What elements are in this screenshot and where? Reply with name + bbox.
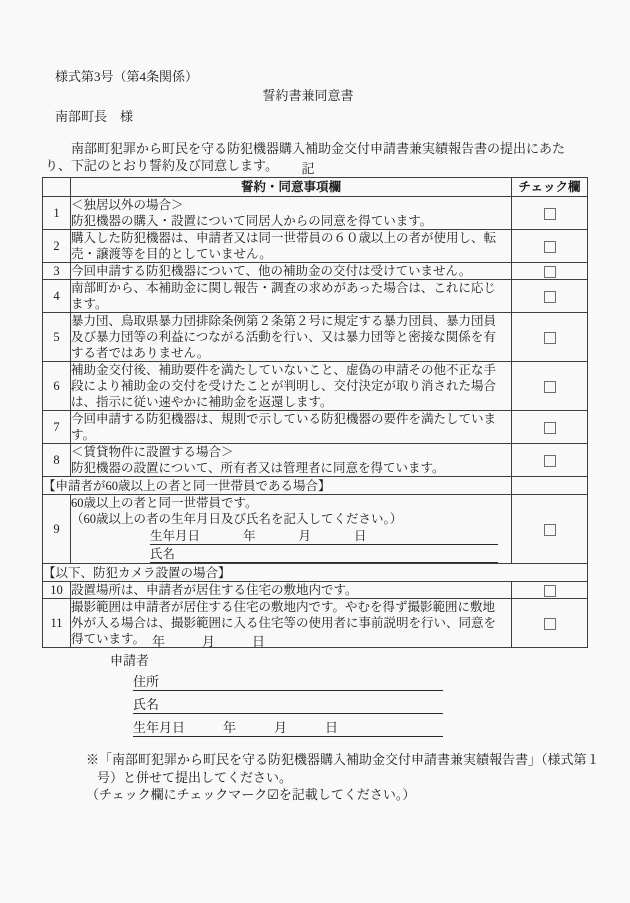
checkbox-unchecked [544,618,556,630]
checkbox-unchecked [544,291,556,303]
section-row: 【以下、防犯カメラ設置の場合】 [43,564,588,582]
field-label: 生年月日 [150,528,200,544]
signature-field-住所: 住所 [133,672,443,691]
pledge-item-text: 購入した防犯機器は、申請者又は同一世帯員の６０歳以上の者が使用し、転 売・譲渡等… [71,230,511,262]
applicant-label: 申請者 [110,652,149,669]
pledge-item-text-cell: 暴力団、鳥取県暴力団排除条例第２条第２号に規定する暴力団員、暴力団員 及び暴力団… [71,313,512,362]
pledge-item-text: 今回申請する防犯機器について、他の補助金の交付は受けていません。 [71,263,511,279]
record-mark: 記 [0,160,616,177]
field-label: 住所 [133,673,159,690]
table-row: 2購入した防犯機器は、申請者又は同一世帯員の６０歳以上の者が使用し、転 売・譲渡… [43,230,588,263]
inline-field-氏名: 氏名 [150,545,498,563]
pledge-item-text: 撮影範囲は申請者が居住する住宅の敷地内です。やむを得ず撮影範囲に敷地 外が入る場… [71,599,511,647]
pledge-item-text-cell: 撮影範囲は申請者が居住する住宅の敷地内です。やむを得ず撮影範囲に敷地 外が入る場… [71,599,512,648]
checkbox-unchecked [544,524,556,536]
footnote-line: ※「南部町犯罪から町民を守る防犯機器購入補助金交付申請書兼実績報告書」（様式第１ [86,751,596,769]
table-row: 6補助金交付後、補助要件を満たしていないこと、虚偽の申請その他不正な手 段により… [43,362,588,411]
table-row: 10設置場所は、申請者が居住する住宅の敷地内です。 [43,582,588,599]
pledge-item-text: ＜独居以外の場合＞ 防犯機器の購入・設置について同居人からの同意を得ています。 [71,197,511,229]
items-column-header: 誓約・同意事項欄 [71,178,512,197]
pledge-item-text-cell: ＜賃貸物件に設置する場合＞ 防犯機器の設置について、所有者又は管理者に同意を得て… [71,444,512,477]
field-unit-label: 年 [243,528,256,544]
pledge-table-body: 1＜独居以外の場合＞ 防犯機器の購入・設置について同居人からの同意を得ています。… [43,197,588,648]
check-cell [512,362,588,411]
field-label: 氏名 [133,696,159,713]
table-header-row: 誓約・同意事項欄 チェック欄 [43,178,588,197]
section-row: 【申請者が60歳以上の者と同一世帯員である場合】 [43,477,588,495]
row-number: 1 [43,197,71,230]
table-row: 7今回申請する防犯機器は、規則で示している防犯機器の要件を満たしていま す。 [43,411,588,444]
table-row: 8＜賃貸物件に設置する場合＞ 防犯機器の設置について、所有者又は管理者に同意を得… [43,444,588,477]
row-number: 7 [43,411,71,444]
check-column-header: チェック欄 [512,178,588,197]
row-number: 4 [43,280,71,313]
pledge-item-text-cell: ＜独居以外の場合＞ 防犯機器の購入・設置について同居人からの同意を得ています。 [71,197,512,230]
field-unit-label: 日 [354,528,367,544]
table-row: 4南部町から、本補助金に関し報告・調査の求めがあった場合は、これに応じ ます。 [43,280,588,313]
pledge-item-text: 南部町から、本補助金に関し報告・調査の求めがあった場合は、これに応じ ます。 [71,280,511,312]
checkbox-unchecked [544,381,556,393]
table-row: 3今回申請する防犯機器について、他の補助金の交付は受けていません。 [43,263,588,280]
document-page: 様式第3号（第4条関係） 誓約書兼同意書 南部町長 様 南部町犯罪から町民を守る… [0,0,630,903]
pledge-item-text: 今回申請する防犯機器は、規則で示している防犯機器の要件を満たしていま す。 [71,411,511,443]
check-cell [512,411,588,444]
row-number: 5 [43,313,71,362]
pledge-item-text: 補助金交付後、補助要件を満たしていないこと、虚偽の申請その他不正な手 段により補… [71,362,511,410]
section-check-cell [512,477,588,495]
section-label: 【申請者が60歳以上の者と同一世帯員である場合】 [43,477,512,495]
checkbox-unchecked [544,332,556,344]
pledge-item-text: 暴力団、鳥取県暴力団排除条例第２条第２号に規定する暴力団員、暴力団員 及び暴力団… [71,313,511,361]
row-number: 3 [43,263,71,280]
checkbox-unchecked [544,422,556,434]
table-row: 11撮影範囲は申請者が居住する住宅の敷地内です。やむを得ず撮影範囲に敷地 外が入… [43,599,588,648]
check-cell [512,444,588,477]
check-cell [512,313,588,362]
row-number: 10 [43,582,71,599]
signature-field-氏名: 氏名 [133,695,443,714]
check-cell [512,263,588,280]
checkbox-unchecked [544,266,556,278]
section-label: 【以下、防犯カメラ設置の場合】 [43,564,588,582]
pledge-item-text: ＜賃貸物件に設置する場合＞ 防犯機器の設置について、所有者又は管理者に同意を得て… [71,444,511,476]
field-unit-label: 月 [299,528,312,544]
check-cell [512,230,588,263]
check-cell [512,495,588,564]
checkbox-unchecked [544,585,556,597]
number-column-header [43,178,71,197]
pledge-item-text-cell: 補助金交付後、補助要件を満たしていないこと、虚偽の申請その他不正な手 段により補… [71,362,512,411]
checkbox-unchecked [544,241,556,253]
row-number: 2 [43,230,71,263]
pledge-item-text-cell: 今回申請する防犯機器について、他の補助金の交付は受けていません。 [71,263,512,280]
table-row: 5暴力団、鳥取県暴力団排除条例第２条第２号に規定する暴力団員、暴力団員 及び暴力… [43,313,588,362]
row-number: 11 [43,599,71,648]
pledge-item-text-cell: 今回申請する防犯機器は、規則で示している防犯機器の要件を満たしていま す。 [71,411,512,444]
pledge-item-text: 設置場所は、申請者が居住する住宅の敷地内です。 [71,582,511,598]
pledge-item-text-cell: 設置場所は、申請者が居住する住宅の敷地内です。 [71,582,512,599]
field-label: 氏名 [150,546,175,562]
footnote-line: 号）と併せて提出してください。 [86,769,596,787]
form-number: 様式第3号（第4条関係） [55,68,198,85]
check-cell [512,197,588,230]
pledge-item-text-cell: 購入した防犯機器は、申請者又は同一世帯員の６０歳以上の者が使用し、転 売・譲渡等… [71,230,512,263]
footnote-line: （チェック欄にチェックマーク☑を記載してください。） [86,786,596,804]
check-cell [512,582,588,599]
signature-date-line: 年月日 [152,633,265,650]
checkbox-unchecked [544,208,556,220]
pledge-item-text: 60歳以上の者と同一世帯員です。 （60歳以上の者の生年月日及び氏名を記入してく… [71,495,511,527]
checkbox-unchecked [544,455,556,467]
pledge-item-text-cell: 60歳以上の者と同一世帯員です。 （60歳以上の者の生年月日及び氏名を記入してく… [71,495,512,564]
addressee: 南部町長 様 [55,108,133,125]
signature-fields: 住所氏名生年月日年月日 [133,672,443,741]
row-number: 6 [43,362,71,411]
row-number: 8 [43,444,71,477]
check-cell [512,280,588,313]
field-unit-label: 年 [223,719,236,736]
pledge-consent-table: 誓約・同意事項欄 チェック欄 1＜独居以外の場合＞ 防犯機器の購入・設置について… [42,177,588,648]
field-unit-label: 月 [274,719,287,736]
date-day-label: 日 [252,634,265,649]
footnotes: ※「南部町犯罪から町民を守る防犯機器購入補助金交付申請書兼実績報告書」（様式第１… [86,751,596,804]
field-label: 生年月日 [133,719,185,736]
date-year-label: 年 [152,634,165,649]
signature-field-生年月日: 生年月日年月日 [133,718,443,737]
inline-field-生年月日: 生年月日年月日 [150,527,498,545]
table-row: 960歳以上の者と同一世帯員です。 （60歳以上の者の生年月日及び氏名を記入して… [43,495,588,564]
page-title: 誓約書兼同意書 [0,87,616,104]
row-number: 9 [43,495,71,564]
pledge-item-text-cell: 南部町から、本補助金に関し報告・調査の求めがあった場合は、これに応じ ます。 [71,280,512,313]
date-month-label: 月 [202,634,215,649]
check-cell [512,599,588,648]
table-row: 1＜独居以外の場合＞ 防犯機器の購入・設置について同居人からの同意を得ています。 [43,197,588,230]
field-unit-label: 日 [325,719,338,736]
